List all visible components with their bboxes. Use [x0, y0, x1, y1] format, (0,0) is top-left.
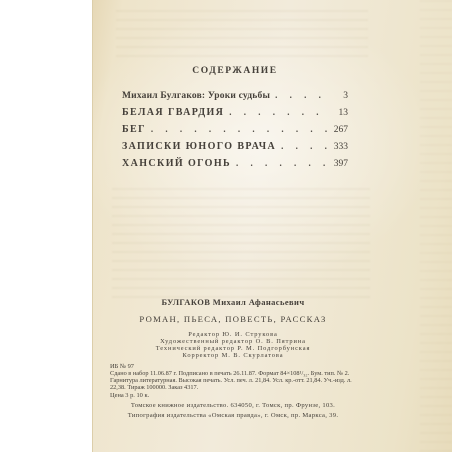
toc-entry-title: БЕГ	[122, 124, 146, 135]
toc-dot-leader: . . . . . . . . . . . . . . . . . . . . …	[236, 158, 328, 168]
colophon-author: БУЛГАКОВ Михаил Афанасьевич	[100, 298, 366, 307]
toc-header: СОДЕРЖАНИЕ	[122, 66, 348, 76]
toc-entry: ЗАПИСКИ ЮНОГО ВРАЧА . . . . . . . . . . …	[122, 141, 348, 158]
toc-entry: БЕЛАЯ ГВАРДИЯ . . . . . . . . . . . . . …	[122, 107, 348, 124]
toc-entry: БЕГ . . . . . . . . . . . . . . . . . . …	[122, 124, 348, 141]
staff-proofreader: Корректор М. В. Скурлатова	[100, 352, 366, 359]
printer-address: Типография издательства «Омская правда»,…	[100, 412, 366, 419]
toc-entry-page: 13	[331, 108, 348, 118]
toc-entry-title: ХАНСКИЙ ОГОНЬ	[122, 158, 231, 169]
toc-dot-leader: . . . . . . . . . . . . . . . . . . . . …	[229, 107, 328, 117]
colophon-staff-list: Редактор Ю. И. Струкова Художественный р…	[100, 331, 366, 359]
staff-art-editor: Художественный редактор О. В. Пятрина	[100, 338, 366, 345]
toc-dot-leader: . . . . . . . . . . . . . . . . . . . . …	[275, 90, 328, 100]
toc-entry-title: БЕЛАЯ ГВАРДИЯ	[122, 107, 224, 118]
toc-entry-page: 333	[331, 142, 348, 152]
price: Цена 3 р. 10 к.	[110, 392, 366, 399]
toc-entry: Михаил Булгаков: Уроки судьбы . . . . . …	[122, 90, 348, 107]
toc-entry-title: Михаил Булгаков: Уроки судьбы	[122, 91, 270, 101]
toc-dot-leader: . . . . . . . . . . . . . . . . . . . . …	[151, 124, 328, 134]
imprint-details: Сдано в набор 11.06.87 г. Подписано в пе…	[110, 371, 356, 392]
ib-number: ИБ № 97	[110, 363, 366, 370]
toc-entry-page: 267	[331, 125, 348, 135]
toc-entry-title: ЗАПИСКИ ЮНОГО ВРАЧА	[122, 141, 276, 152]
toc-dot-leader: . . . . . . . . . . . . . . . . . . . . …	[281, 141, 328, 151]
staff-editor: Редактор Ю. И. Струкова	[100, 331, 366, 338]
colophon: БУЛГАКОВ Михаил Афанасьевич РОМАН, ПЬЕСА…	[100, 298, 366, 419]
toc-entry-page: 3	[331, 91, 348, 101]
toc-entry-page: 397	[331, 159, 348, 169]
table-of-contents: СОДЕРЖАНИЕ Михаил Булгаков: Уроки судьбы…	[122, 66, 348, 175]
scanned-book-page: СОДЕРЖАНИЕ Михаил Булгаков: Уроки судьбы…	[0, 0, 452, 452]
staff-technical-editor: Технический редактор Р. М. Подгорбунская	[100, 345, 366, 352]
colophon-subtitle: РОМАН, ПЬЕСА, ПОВЕСТЬ, РАССКАЗ	[100, 315, 366, 324]
toc-entry: ХАНСКИЙ ОГОНЬ . . . . . . . . . . . . . …	[122, 158, 348, 175]
publisher-address: Томское книжное издательство. 634050, г.…	[100, 402, 366, 409]
